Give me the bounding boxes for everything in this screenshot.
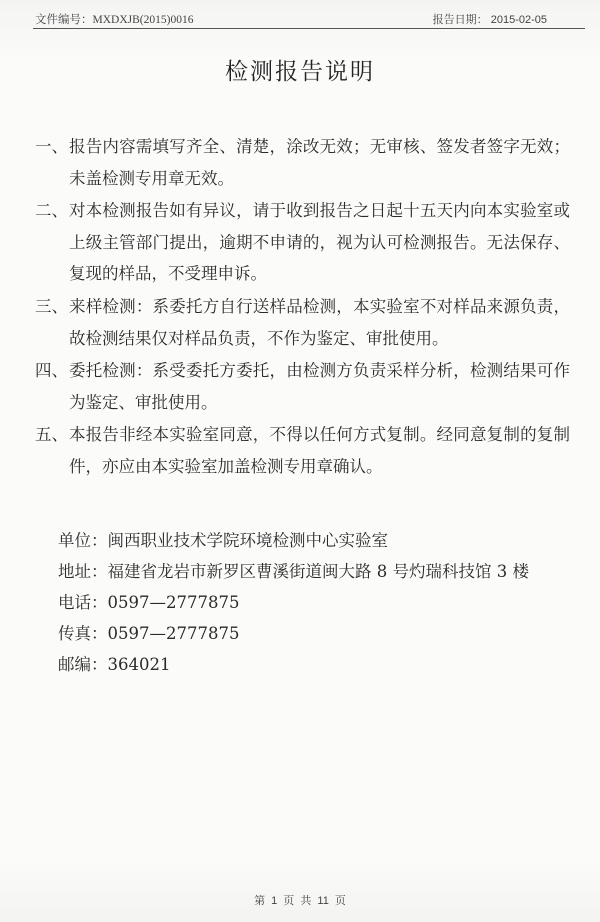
item-number: 二、: [35, 195, 68, 227]
item-text: 委托检测：系受委托方委托，由检测方负责采样分析，检测结果可作为鉴定、审批使用。: [35, 355, 570, 418]
notice-item-3: 三、 来样检测：系委托方自行送样品检测，本实验室不对样品来源负责，故检测结果仅对…: [35, 291, 570, 354]
contact-address: 地址：福建省龙岩市新罗区曹溪街道闽大路 8 号灼瑞科技馆 3 楼: [58, 556, 529, 587]
file-number-value: MXDXJB(2015)0016: [93, 14, 194, 26]
item-text: 对本检测报告如有异议，请于收到报告之日起十五天内向本实验室或上级主管部门提出，逾…: [35, 195, 570, 290]
file-number: 文件编号：MXDXJB(2015)0016: [35, 11, 193, 27]
item-text: 来样检测：系委托方自行送样品检测，本实验室不对样品来源负责，故检测结果仅对样品负…: [35, 291, 570, 354]
report-date-value: 2015-02-05: [491, 14, 547, 26]
contact-phone: 电话：0597—2777875: [58, 587, 529, 618]
contact-fax: 传真：0597—2777875: [58, 618, 529, 649]
page-indicator: 第 1 页 共 11 页: [0, 892, 600, 908]
page-title: 检测报告说明: [0, 53, 600, 86]
notice-item-5: 五、 本报告非经本实验室同意，不得以任何方式复制。经同意复制的复制件，亦应由本实…: [35, 419, 570, 482]
page-header: 文件编号：MXDXJB(2015)0016 报告日期： 2015-02-05: [33, 8, 585, 29]
report-date: 报告日期： 2015-02-05: [433, 11, 547, 27]
item-number: 一、: [35, 131, 68, 163]
item-number: 三、: [35, 291, 68, 323]
item-number: 五、: [35, 419, 68, 451]
contact-postcode: 邮编：364021: [58, 649, 529, 680]
contact-unit: 单位：闽西职业技术学院环境检测中心实验室: [58, 525, 529, 556]
notice-item-1: 一、 报告内容需填写齐全、清楚，涂改无效；无审核、签发者签字无效；未盖检测专用章…: [35, 131, 570, 194]
report-page: 文件编号：MXDXJB(2015)0016 报告日期： 2015-02-05 检…: [0, 0, 600, 922]
report-date-label: 报告日期：: [433, 14, 488, 26]
notice-item-4: 四、 委托检测：系受委托方委托，由检测方负责采样分析，检测结果可作为鉴定、审批使…: [35, 355, 570, 418]
file-number-label: 文件编号：: [35, 14, 93, 26]
contact-block: 单位：闽西职业技术学院环境检测中心实验室 地址：福建省龙岩市新罗区曹溪街道闽大路…: [58, 525, 529, 680]
item-text: 本报告非经本实验室同意，不得以任何方式复制。经同意复制的复制件，亦应由本实验室加…: [35, 419, 570, 482]
notice-item-2: 二、 对本检测报告如有异议，请于收到报告之日起十五天内向本实验室或上级主管部门提…: [35, 195, 570, 290]
item-number: 四、: [35, 355, 68, 387]
item-text: 报告内容需填写齐全、清楚，涂改无效；无审核、签发者签字无效；未盖检测专用章无效。: [35, 131, 570, 194]
